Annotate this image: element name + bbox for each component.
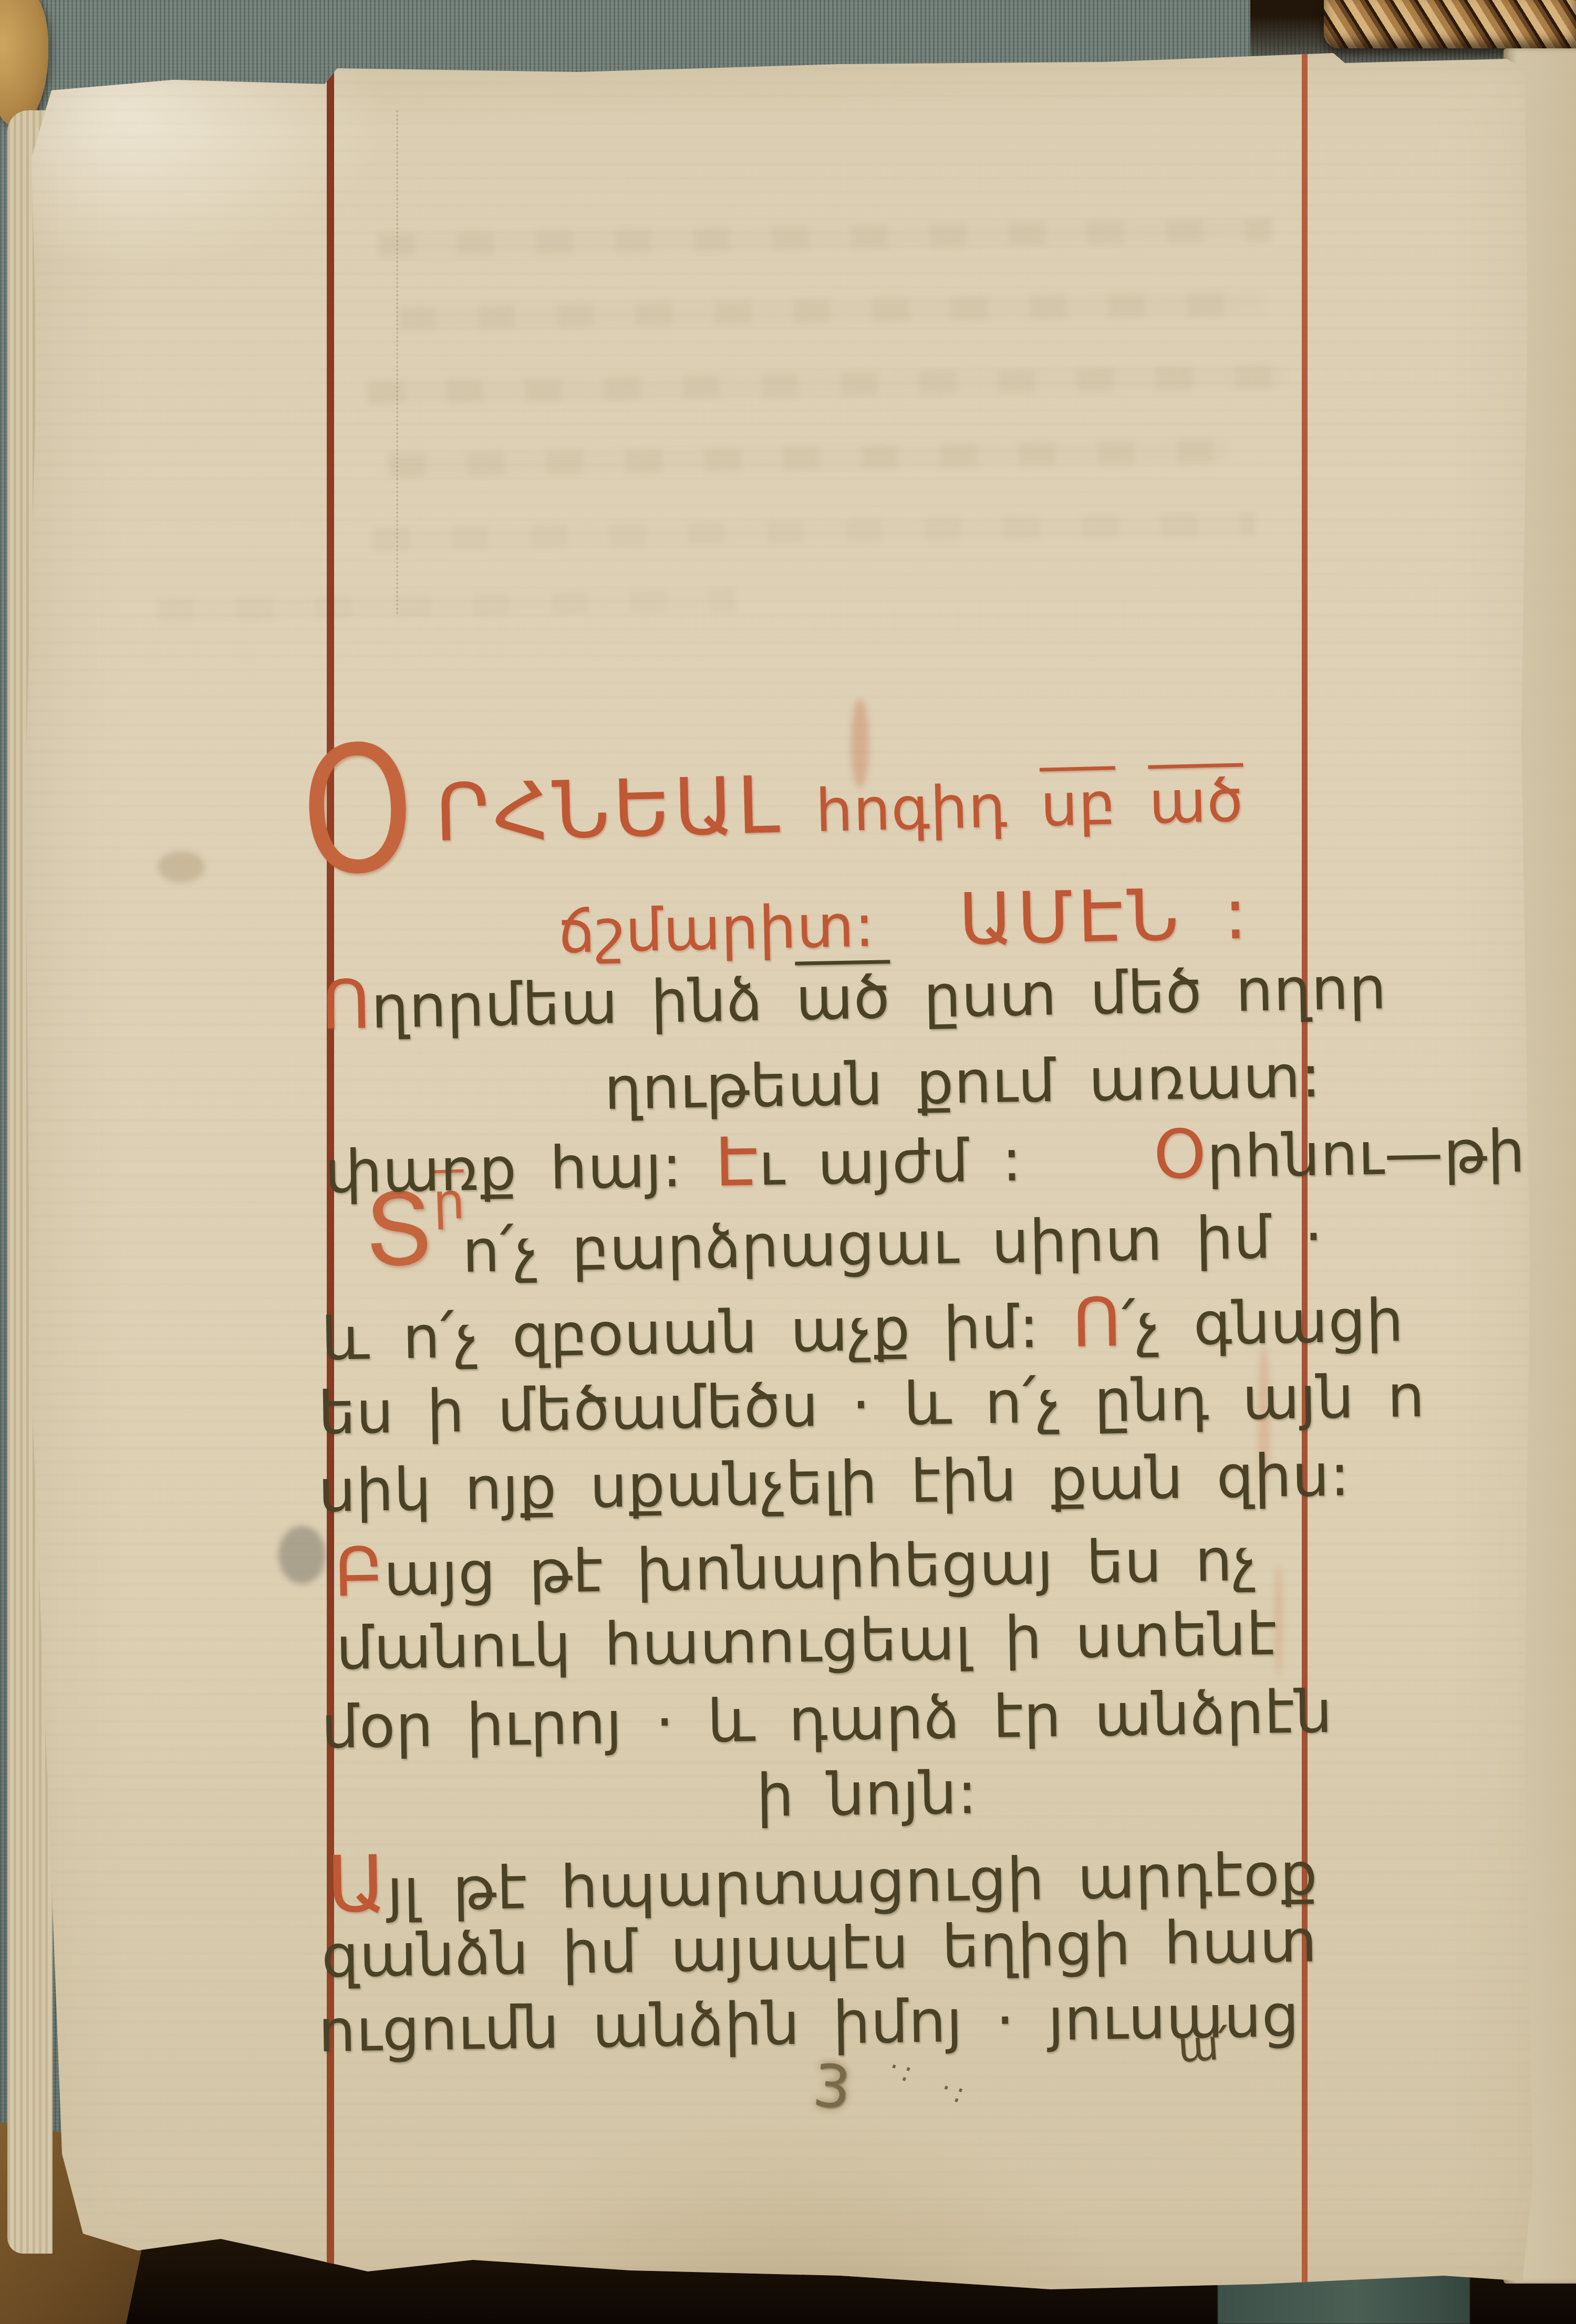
ink-segment: րհնու—թի: [1206,1117,1546,1191]
ink-segment: ի նոյն: [756,1759,978,1830]
ink-segment: ո՛չ բարձրացաւ սիրտ իմ · [462,1202,1324,1286]
endband-braid [1324,0,1576,48]
text-line: մանուկ հատուցեալ ի ստենէ [336,1600,1278,1683]
rubric-segment: Ո [1072,1283,1123,1363]
text-line: մօր իւրոյ · և դարձ էր անձրէն [321,1678,1333,1762]
rubric-segment: Է [714,1123,759,1202]
text-line: ո՛չ բարձրացաւ սիրտ իմ · [462,1202,1324,1286]
ink-segment: սիկ ոյք սքանչելի էին քան զիս: [318,1441,1351,1526]
ink-segment: ղորմեա ինձ [370,966,796,1042]
ink-segment: մօր իւրոյ · և դարձ էր անձրէն [321,1678,1333,1762]
rubric-segment: ԱՄԷՆ : [958,872,1252,961]
manuscript-photo: Օ Տր ՐՀՆԵԱԼ հոգիդ սբ ածճշմարիտ:ԱՄԷՆ :Ողո… [0,0,1576,2324]
rubric-segment: Օ [1153,1115,1207,1195]
rubric-segment: սբ [1040,770,1117,839]
text-line: ես ի մեծամեծս · և ո՛չ ընդ այն ո [318,1362,1426,1448]
ink-segment: և ո՛չ զբօսան աչք իմ: [321,1292,1073,1374]
rubric-segment: Ո [321,966,372,1045]
ink-segment: մանուկ հատուցեալ ի ստենէ [336,1600,1278,1683]
ink-segment: ած [795,963,891,1033]
ink-segment: ւ այժմ : [758,1126,1023,1199]
manuscript-page: Օ Տր ՐՀՆԵԱԼ հոգիդ սբ ածճշմարիտ:ԱՄԷՆ :Ողո… [0,0,1576,2324]
ink-segment: այց թէ խոնարհեցայ ես ոչ [383,1526,1258,1609]
text-block: Օ Տր ՐՀՆԵԱԼ հոգիդ սբ ածճշմարիտ:ԱՄԷՆ :Ողո… [0,0,1576,2324]
catchword: ա՛ [1176,2020,1230,2072]
ink-segment: ուցումն անձին իմոյ · յուսասց [318,1982,1300,2066]
text-line: ղութեան քում առատ: [604,1042,1322,1123]
drop-cap-initial: Օ [298,736,417,886]
ink-segment: փառք հայ: [324,1132,716,1207]
folio-flourish: ·: ·: [884,2051,974,2112]
ink-segment: ըստ մեծ ողոր [890,954,1387,1032]
rubric-segment: ճշմարիտ: [557,891,876,967]
ink-segment: ես ի մեծամեծս · և ո՛չ ընդ այն ո [318,1362,1426,1448]
rubric-segment [1115,769,1150,838]
rubric-segment: Բ [334,1533,385,1612]
ink-segment: ղութեան քում առատ: [604,1042,1322,1123]
text-line: ՐՀՆԵԱԼ հոգիդ սբ ած [434,748,1245,859]
text-line: փառք հայ: Էւ այժմ :Օրհնու—թի: [324,1109,1547,1209]
rubric-segment: Ա [326,1839,387,1930]
rubric-segment: ած [1148,766,1245,837]
text-line: և ո՛չ զբօսան աչք իմ: Ո՛չ գնացի [321,1279,1405,1376]
text-line: սիկ ոյք սքանչելի էին քան զիս: [318,1441,1351,1526]
text-line: Բայց թէ խոնարհեցայ ես ոչ [334,1518,1258,1612]
rubric-segment: հոգիդ [782,772,1041,846]
rubric-segment: ՐՀՆԵԱԼ [434,760,784,859]
ink-segment: ՛չ գնացի [1121,1286,1404,1360]
text-line: ուցումն անձին իմոյ · յուսասց [318,1982,1300,2066]
folio-number: 3 [810,2051,853,2123]
text-line: Ողորմեա ինձ ած ըստ մեծ ողոր [321,946,1388,1045]
text-line: ի նոյն: [756,1759,978,1830]
